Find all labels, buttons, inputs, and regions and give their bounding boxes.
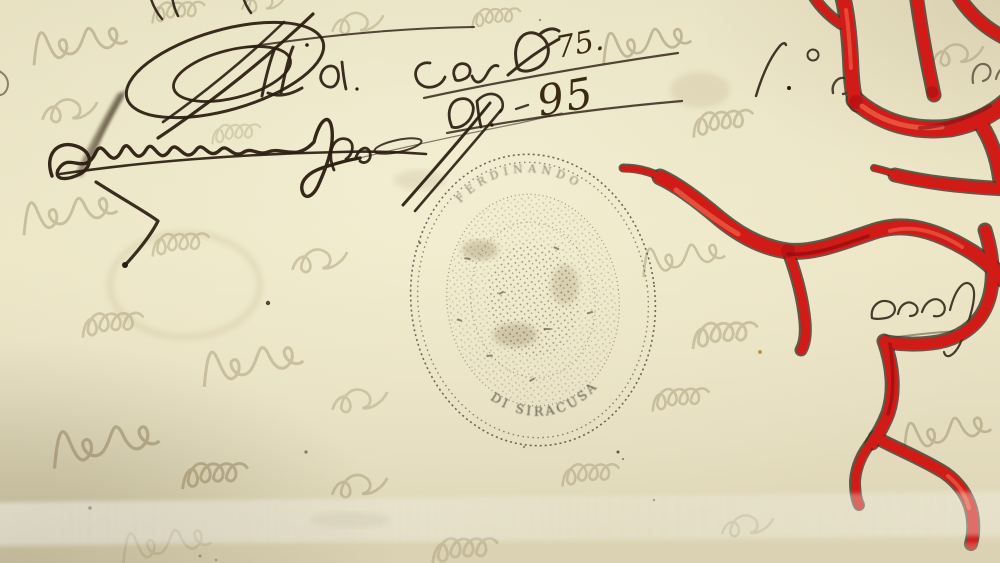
bleedthrough-script-line	[689, 316, 759, 349]
bleedthrough-script-line	[19, 190, 119, 236]
coral-highlight	[676, 190, 738, 234]
paper-speck	[622, 458, 624, 460]
ink-margin-mark	[0, 70, 8, 95]
word-di	[321, 62, 346, 89]
bleedthrough-script-line	[119, 522, 212, 563]
bleedthrough-script-line	[49, 417, 161, 468]
coral-branch-hook	[855, 441, 872, 505]
bleedthrough-script-line	[429, 532, 499, 563]
bleedthrough-script-line	[290, 245, 350, 274]
bleedthrough-script-line	[179, 457, 249, 489]
numeral-1-stroke	[756, 43, 786, 96]
second-amount-line: 95	[447, 68, 682, 133]
i-dot	[305, 43, 309, 47]
bleedthrough-script-line	[560, 459, 621, 487]
paper-speck	[199, 555, 202, 558]
coral-outline	[660, 177, 1000, 280]
paper-speck	[304, 450, 307, 453]
paper-speck	[539, 19, 541, 21]
paper-speck	[617, 451, 620, 454]
bleedthrough-script-line	[40, 95, 100, 124]
docket-words	[247, 27, 559, 96]
period	[355, 87, 358, 90]
stain	[670, 72, 730, 108]
coral-joint	[926, 86, 938, 98]
bleedthrough-script-line	[720, 511, 775, 538]
manuscript-document-photo: FERDINANDO DI SIRACUSA	[0, 0, 1000, 563]
bleedthrough-script-line	[210, 119, 262, 144]
bleedthrough-script-line	[330, 385, 390, 414]
paper-speck	[523, 446, 525, 448]
word-cav	[416, 63, 498, 87]
coral-branch-right	[978, 120, 1000, 178]
degree-circle	[808, 50, 819, 61]
bleedthrough-script-line	[470, 3, 522, 28]
paper-speck	[419, 242, 421, 244]
stain	[310, 512, 390, 528]
bleedthrough-script-line	[29, 20, 129, 66]
initial-flourish-D	[116, 3, 334, 138]
document-artwork: FERDINANDO DI SIRACUSA	[0, 0, 1000, 563]
side-note-marks	[756, 43, 1000, 96]
bleedthrough-script-line	[330, 471, 389, 499]
bleedthrough-script-line	[650, 383, 711, 412]
paper-speck	[653, 499, 656, 502]
bleedthrough-script-line	[930, 40, 986, 68]
amount-75: 75.	[553, 22, 607, 65]
coral-branch-top-corner	[956, 0, 1000, 40]
bleedthrough-script-line	[639, 237, 726, 277]
paper-speck	[215, 559, 217, 561]
bleedthrough-script-line	[689, 104, 755, 138]
paper-speck	[88, 506, 92, 510]
bleedthrough-script-line	[199, 338, 305, 387]
paper-speck	[266, 301, 270, 305]
flourish-stroke	[158, 14, 313, 138]
prefix-Di	[449, 99, 481, 128]
dash	[516, 105, 528, 109]
letter-D	[508, 29, 559, 75]
letters-ci	[331, 139, 371, 170]
paper-speck	[758, 350, 762, 354]
coral-branch-long	[660, 177, 1000, 280]
ink-blob	[122, 262, 128, 268]
period	[787, 86, 791, 90]
coral-branch-bottom-right	[875, 437, 973, 544]
red-crayon-smudge	[92, 92, 124, 156]
edge-loops	[973, 64, 1000, 83]
bleedthrough-script-line	[899, 409, 993, 453]
